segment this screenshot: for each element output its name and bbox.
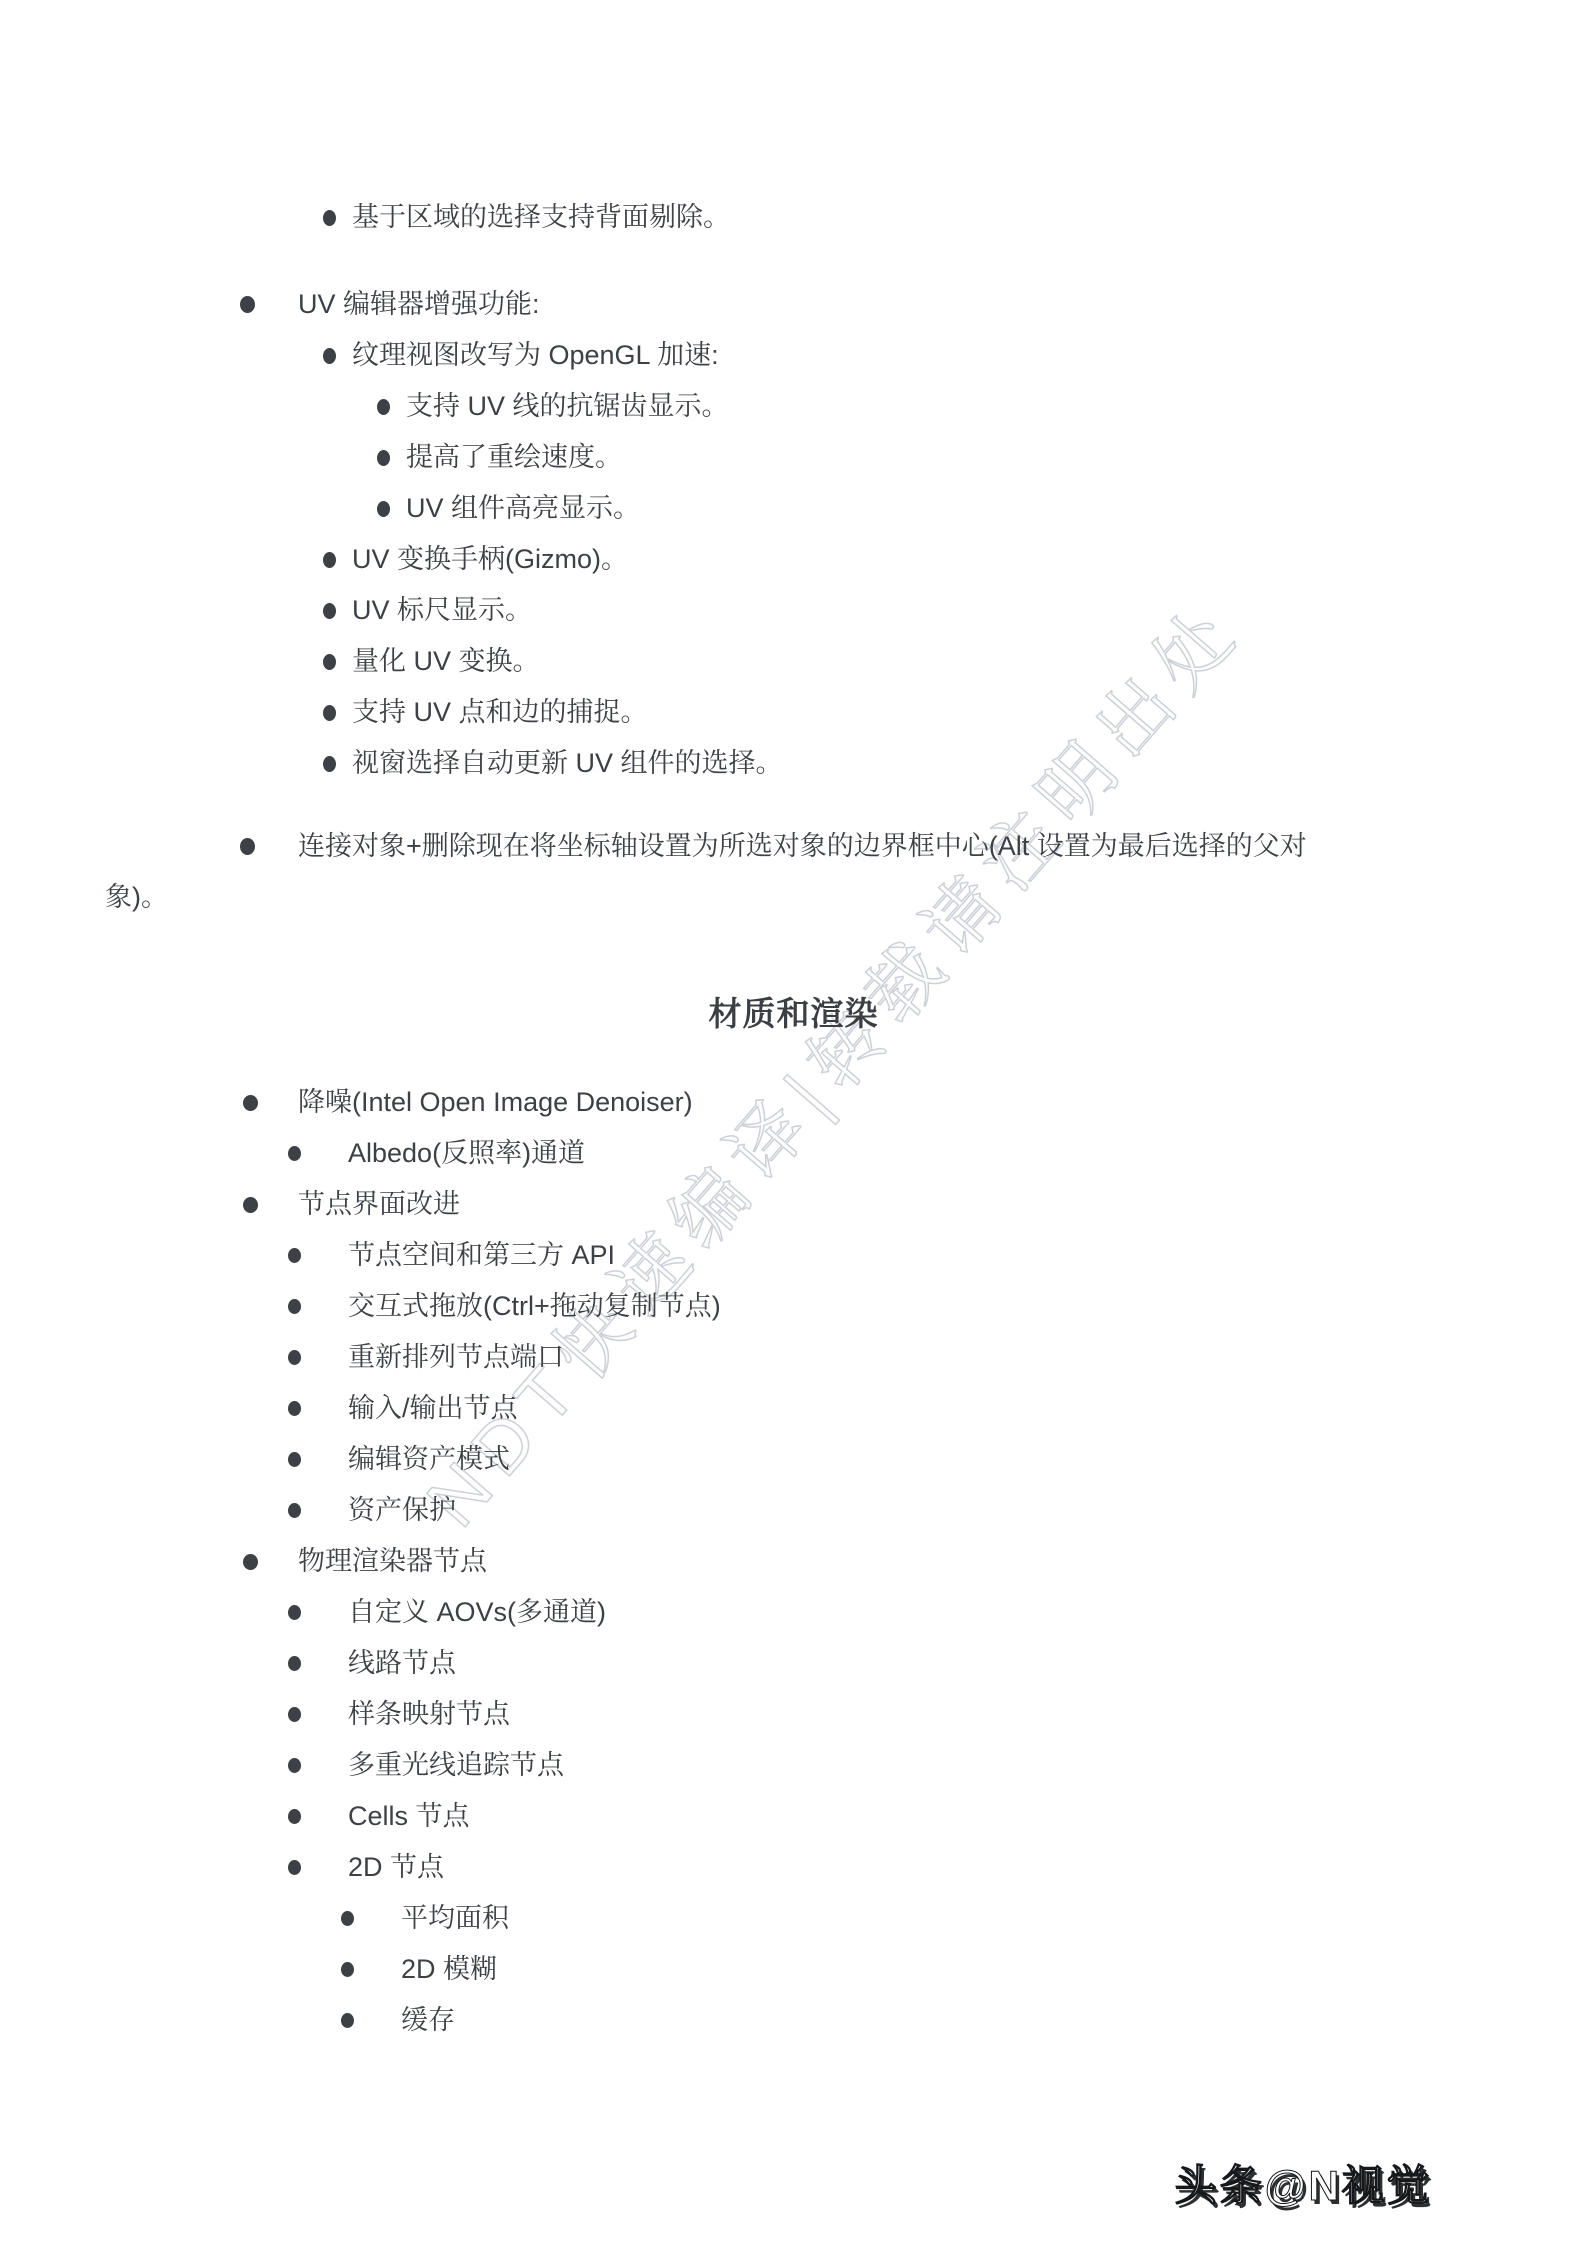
- list-item-text: 2D 模糊: [401, 1944, 497, 1995]
- list-item: 物理渲染器节点: [0, 1536, 1587, 1587]
- bullet-icon: [323, 552, 336, 568]
- list-item-text: 支持 UV 线的抗锯齿显示。: [406, 381, 729, 432]
- list-item: 象)。: [0, 872, 1587, 923]
- bullet-icon: [288, 1248, 301, 1263]
- toutiao-author-badge: 头条@N视觉: [1175, 2153, 1432, 2213]
- list-item: 样条映射节点: [0, 1689, 1587, 1740]
- list-item: 2D 模糊: [0, 1944, 1587, 1995]
- list-item-text: 视窗选择自动更新 UV 组件的选择。: [352, 738, 783, 789]
- list-item: Cells 节点: [0, 1791, 1587, 1842]
- list-item: 自定义 AOVs(多通道): [0, 1587, 1587, 1638]
- list-item-text: 提高了重绘速度。: [406, 432, 622, 483]
- bullet-icon: [323, 603, 336, 619]
- bullet-icon: [243, 1554, 258, 1570]
- bullet-icon: [288, 1503, 301, 1518]
- list-item: 资产保护: [0, 1485, 1587, 1536]
- bullet-icon: [323, 705, 336, 721]
- list-item: 线路节点: [0, 1638, 1587, 1689]
- list-item-text: 物理渲染器节点: [298, 1536, 487, 1587]
- bullet-icon: [243, 1197, 258, 1213]
- list-item-text: 基于区域的选择支持背面剔除。: [352, 192, 730, 243]
- list-item: 降噪(Intel Open Image Denoiser): [0, 1077, 1587, 1128]
- list-item: 支持 UV 点和边的捕捉。: [0, 687, 1587, 738]
- bullet-icon: [240, 296, 255, 313]
- list-item: 基于区域的选择支持背面剔除。: [0, 192, 1587, 243]
- list-item-text: 2D 节点: [348, 1842, 444, 1893]
- bullet-icon: [288, 1605, 301, 1620]
- section-heading: 材质和渲染: [0, 988, 1587, 1039]
- list-item-text: 降噪(Intel Open Image Denoiser): [298, 1077, 693, 1128]
- bullet-icon: [240, 838, 255, 855]
- list-item: 支持 UV 线的抗锯齿显示。: [0, 381, 1587, 432]
- bullet-icon: [323, 654, 336, 670]
- bullet-icon: [341, 1911, 354, 1926]
- bullet-icon: [323, 210, 336, 226]
- list-item: UV 编辑器增强功能:: [0, 279, 1587, 330]
- list-item: 缓存: [0, 1995, 1587, 2046]
- list-item-text: 资产保护: [348, 1485, 456, 1536]
- list-item: 多重光线追踪节点: [0, 1740, 1587, 1791]
- list-item-text: 重新排列节点端口: [348, 1332, 564, 1383]
- bullet-icon: [288, 1146, 301, 1161]
- bullet-icon: [288, 1401, 301, 1416]
- document-page: NDT快速编译|转载请注明出处 基于区域的选择支持背面剔除。UV 编辑器增强功能…: [0, 0, 1587, 2245]
- list-item: UV 变换手柄(Gizmo)。: [0, 534, 1587, 585]
- bullet-icon: [377, 501, 390, 517]
- list-item-text: 多重光线追踪节点: [348, 1740, 564, 1791]
- list-item: 节点空间和第三方 API: [0, 1230, 1587, 1281]
- list-item: 输入/输出节点: [0, 1383, 1587, 1434]
- list-item-text: 节点界面改进: [298, 1179, 460, 1230]
- list-item-text: 缓存: [401, 1995, 455, 2046]
- bullet-icon: [377, 450, 390, 466]
- bullet-icon: [341, 1962, 354, 1977]
- list-item: UV 组件高亮显示。: [0, 483, 1587, 534]
- list-item-text: Albedo(反照率)通道: [348, 1128, 585, 1179]
- list-item-text: UV 组件高亮显示。: [406, 483, 640, 534]
- list-item: 纹理视图改写为 OpenGL 加速:: [0, 330, 1587, 381]
- list-item-text: 输入/输出节点: [348, 1383, 518, 1434]
- bullet-icon: [377, 399, 390, 415]
- list-item-text: 支持 UV 点和边的捕捉。: [352, 687, 648, 738]
- list-item: 视窗选择自动更新 UV 组件的选择。: [0, 738, 1587, 789]
- list-item: Albedo(反照率)通道: [0, 1128, 1587, 1179]
- list-item: 平均面积: [0, 1893, 1587, 1944]
- list-item: 量化 UV 变换。: [0, 636, 1587, 687]
- list-item-text: 样条映射节点: [348, 1689, 510, 1740]
- list-item: 连接对象+删除现在将坐标轴设置为所选对象的边界框中心(Alt 设置为最后选择的父…: [0, 821, 1587, 872]
- list-item-text: UV 编辑器增强功能:: [298, 279, 540, 330]
- list-item-text: 平均面积: [401, 1893, 509, 1944]
- list-item-text: UV 标尺显示。: [352, 585, 532, 636]
- list-item: 重新排列节点端口: [0, 1332, 1587, 1383]
- list-item-text: 纹理视图改写为 OpenGL 加速:: [352, 330, 719, 381]
- list-item-text: 自定义 AOVs(多通道): [348, 1587, 606, 1638]
- list-item-text: 线路节点: [348, 1638, 456, 1689]
- bullet-icon: [341, 2013, 354, 2028]
- list-item-text: 量化 UV 变换。: [352, 636, 540, 687]
- list-item-text: 连接对象+删除现在将坐标轴设置为所选对象的边界框中心(Alt 设置为最后选择的父…: [298, 821, 1307, 872]
- bullet-icon: [243, 1095, 258, 1111]
- feature-list-section-uv: 基于区域的选择支持背面剔除。UV 编辑器增强功能:纹理视图改写为 OpenGL …: [0, 192, 1587, 923]
- bullet-icon: [288, 1707, 301, 1722]
- list-item: UV 标尺显示。: [0, 585, 1587, 636]
- list-item: 提高了重绘速度。: [0, 432, 1587, 483]
- list-item-text: 节点空间和第三方 API: [348, 1230, 615, 1281]
- bullet-icon: [288, 1350, 301, 1365]
- document-body: 基于区域的选择支持背面剔除。UV 编辑器增强功能:纹理视图改写为 OpenGL …: [0, 0, 1587, 2046]
- bullet-icon: [323, 348, 336, 364]
- bullet-icon: [288, 1656, 301, 1671]
- bullet-icon: [323, 756, 336, 772]
- bullet-icon: [288, 1452, 301, 1467]
- bullet-icon: [288, 1758, 301, 1773]
- bullet-icon: [288, 1860, 301, 1875]
- list-item: 节点界面改进: [0, 1179, 1587, 1230]
- bullet-icon: [288, 1299, 301, 1314]
- list-item-text: 象)。: [105, 872, 168, 923]
- list-item: 交互式拖放(Ctrl+拖动复制节点): [0, 1281, 1587, 1332]
- list-item-text: 编辑资产模式: [348, 1434, 510, 1485]
- list-item-text: 交互式拖放(Ctrl+拖动复制节点): [348, 1281, 721, 1332]
- list-item: 编辑资产模式: [0, 1434, 1587, 1485]
- list-item-text: UV 变换手柄(Gizmo)。: [352, 534, 628, 585]
- list-item: 2D 节点: [0, 1842, 1587, 1893]
- list-item-text: Cells 节点: [348, 1791, 470, 1842]
- bullet-icon: [288, 1809, 301, 1824]
- feature-list-section-materials: 材质和渲染降噪(Intel Open Image Denoiser)Albedo…: [0, 988, 1587, 2046]
